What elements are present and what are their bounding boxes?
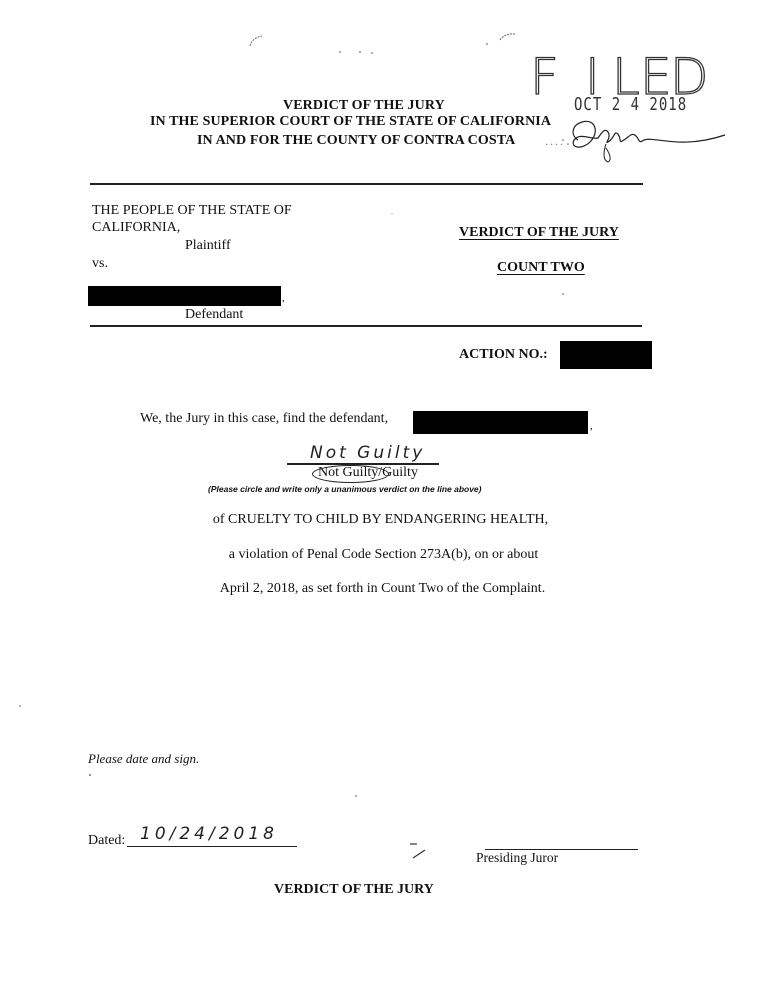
pen-mark-icon [405,840,435,865]
header-court: IN THE SUPERIOR COURT OF THE STATE OF CA… [150,114,551,130]
header-title: VERDICT OF THE JURY [283,98,445,114]
circled-verdict-mark [312,465,389,483]
dated-label: Dated: [88,833,125,849]
count-label: COUNT TWO [497,260,585,276]
presiding-juror-label: Presiding Juror [476,850,558,866]
defendant-label: Defendant [185,308,243,322]
document-title: VERDICT OF THE JURY [459,225,619,241]
handwritten-verdict: Not Guilty [310,443,425,463]
charge-line-1: of CRUELTY TO CHILD BY ENDANGERING HEALT… [0,512,768,528]
clerk-signature-icon [560,110,775,170]
verdict-intro: We, the Jury in this case, find the defe… [140,411,388,427]
plaintiff-label: Plaintiff [185,239,231,253]
footer-title: VERDICT OF THE JURY [274,882,434,898]
defendant-comma: , [282,293,285,304]
versus-label: vs. [92,257,108,271]
divider [90,183,643,185]
charge-line-2: a violation of Penal Code Section 273A(b… [0,547,771,563]
plaintiff-line1: THE PEOPLE OF THE STATE OF [92,204,292,218]
verdict-instruction: (Please circle and write only a unanimou… [208,484,482,494]
dated-value[interactable]: 10/24/2018 [140,824,278,844]
defendant-name-redacted [88,286,281,306]
plaintiff-line2: CALIFORNIA, [92,221,180,235]
action-number-label: ACTION NO.: [459,347,548,363]
header-county: IN AND FOR THE COUNTY OF CONTRA COSTA [197,133,515,149]
date-line [127,846,297,847]
action-number-redacted [560,341,652,369]
verdict-comma: , [590,420,593,432]
sign-instruction: Please date and sign. [88,751,199,767]
charge-line-3: April 2, 2018, as set forth in Count Two… [0,581,770,597]
stamp-letter: F [530,52,559,102]
defendant-name-redacted [413,411,588,434]
divider [90,325,642,327]
